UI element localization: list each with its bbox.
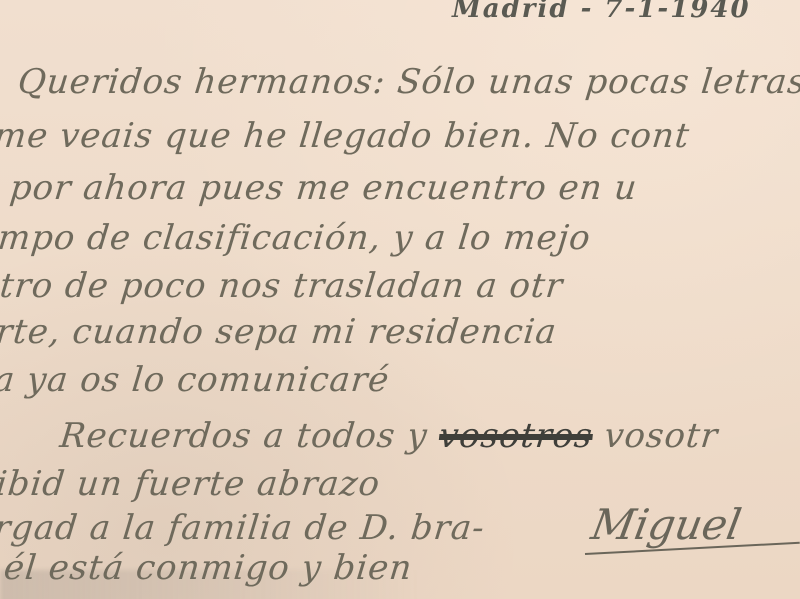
letter-line-4: mpo de clasificación, y a lo mejo [0, 218, 593, 258]
struck-word: vosotros [437, 416, 595, 456]
letter-page: Madrid - 7-1-1940 Queridos hermanos: Sól… [0, 0, 800, 599]
letter-line-5: tro de poco nos trasladan a otr [0, 266, 565, 306]
letter-line-3: por ahora pues me encuentro en u [8, 168, 640, 208]
letter-line-2: me veais que he llegado bien. No cont [0, 116, 692, 156]
signature: Miguel [588, 500, 745, 549]
closing-line-1-prefix: Recuerdos a todos y [58, 416, 430, 456]
closing-line-3: rgad a la familia de D. bra- [0, 508, 487, 548]
closing-line-1: Recuerdos a todos y vosotros vosotr [58, 416, 720, 456]
letter-line-6: rte, cuando sepa mi residencia [0, 312, 559, 352]
closing-line-4: él está conmigo y bien [2, 548, 415, 588]
place-date-header: Madrid - 7-1-1940 [452, 0, 751, 24]
closing-line-2: ibid un fuerte abrazo [0, 464, 382, 504]
closing-line-1-suffix: vosotr [602, 416, 720, 456]
letter-line-1: Queridos hermanos: Sólo unas pocas letra… [16, 62, 800, 102]
letter-line-7: a ya os lo comunicaré [0, 360, 391, 400]
